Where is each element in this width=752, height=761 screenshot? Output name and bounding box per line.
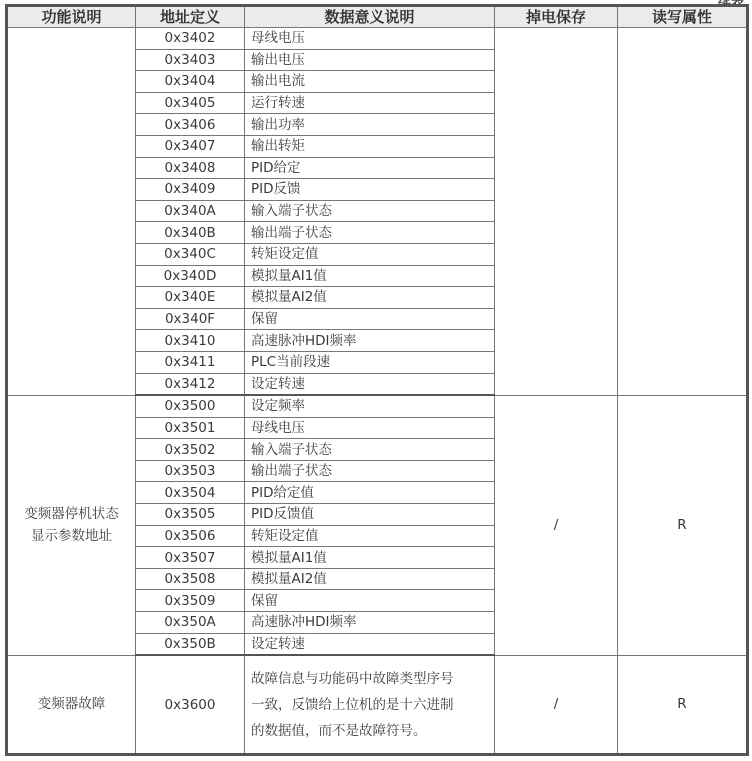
address-cell: 0x340B [136, 222, 245, 244]
address-cell: 0x3408 [136, 157, 245, 179]
address-cell: 0x3407 [136, 135, 245, 157]
meaning-cell: 运行转速 [245, 92, 495, 114]
power-save-cell [495, 28, 618, 396]
address-cell: 0x3600 [136, 655, 245, 755]
meaning-cell: PID反馈 [245, 179, 495, 201]
address-cell: 0x3502 [136, 439, 245, 461]
meaning-line: 一致，反馈给上位机的是十六进制 [251, 692, 488, 718]
address-cell: 0x3409 [136, 179, 245, 201]
header-row: 功能说明 地址定义 数据意义说明 掉电保存 读写属性 [7, 6, 748, 28]
address-cell: 0x3504 [136, 482, 245, 504]
meaning-cell: PID给定值 [245, 482, 495, 504]
table-row: 变频器停机状态显示参数地址0x3500设定频率/R [7, 395, 748, 417]
address-cell: 0x3506 [136, 525, 245, 547]
address-cell: 0x3404 [136, 71, 245, 93]
address-cell: 0x3500 [136, 395, 245, 417]
address-cell: 0x340D [136, 265, 245, 287]
address-cell: 0x340A [136, 200, 245, 222]
address-cell: 0x350B [136, 633, 245, 655]
address-cell: 0x3410 [136, 330, 245, 352]
address-cell: 0x3406 [136, 114, 245, 136]
meaning-cell: PLC当前段速 [245, 351, 495, 373]
meaning-cell: 输出转矩 [245, 135, 495, 157]
address-cell: 0x3411 [136, 351, 245, 373]
function-label-line1: 变频器停机状态 [8, 503, 135, 525]
address-cell: 0x3505 [136, 504, 245, 526]
meaning-cell: 输入端子状态 [245, 439, 495, 461]
address-cell: 0x3405 [136, 92, 245, 114]
function-label-line2: 显示参数地址 [8, 525, 135, 547]
meaning-cell: 保留 [245, 308, 495, 330]
address-cell: 0x3507 [136, 547, 245, 569]
address-cell: 0x3501 [136, 417, 245, 439]
meaning-cell: 模拟量AI2值 [245, 287, 495, 309]
rw-cell [618, 28, 748, 396]
header-meaning: 数据意义说明 [245, 6, 495, 28]
address-cell: 0x3412 [136, 373, 245, 395]
address-cell: 0x340E [136, 287, 245, 309]
power-save-cell: / [495, 655, 618, 755]
meaning-cell: 输出端子状态 [245, 222, 495, 244]
meaning-cell: PID反馈值 [245, 504, 495, 526]
address-cell: 0x3403 [136, 49, 245, 71]
address-cell: 0x3509 [136, 590, 245, 612]
address-cell: 0x350A [136, 612, 245, 634]
meaning-cell: 高速脉冲HDI频率 [245, 612, 495, 634]
function-cell: 变频器故障 [7, 655, 136, 755]
meaning-cell: 高速脉冲HDI频率 [245, 330, 495, 352]
meaning-line: 故障信息与功能码中故障类型序号 [251, 666, 488, 692]
header-rw: 读写属性 [618, 6, 748, 28]
power-save-cell: / [495, 395, 618, 655]
meaning-cell: 输出电流 [245, 71, 495, 93]
table-row-fault: 变频器故障0x3600故障信息与功能码中故障类型序号一致，反馈给上位机的是十六进… [7, 655, 748, 755]
meaning-cell: 故障信息与功能码中故障类型序号一致，反馈给上位机的是十六进制的数据值，而不是故障… [245, 655, 495, 755]
meaning-cell: 母线电压 [245, 28, 495, 50]
meaning-cell: 保留 [245, 590, 495, 612]
address-cell: 0x3503 [136, 460, 245, 482]
meaning-cell: 设定转速 [245, 633, 495, 655]
address-cell: 0x3402 [136, 28, 245, 50]
rw-cell: R [618, 395, 748, 655]
address-cell: 0x340C [136, 243, 245, 265]
header-function: 功能说明 [7, 6, 136, 28]
meaning-line: 的数据值，而不是故障符号。 [251, 718, 488, 744]
meaning-cell: 输出功率 [245, 114, 495, 136]
function-cell [7, 28, 136, 396]
rw-cell: R [618, 655, 748, 755]
meaning-cell: PID给定 [245, 157, 495, 179]
meaning-cell: 转矩设定值 [245, 525, 495, 547]
meaning-cell: 模拟量AI1值 [245, 547, 495, 569]
meaning-cell: 母线电压 [245, 417, 495, 439]
meaning-cell: 输出电压 [245, 49, 495, 71]
address-cell: 0x340F [136, 308, 245, 330]
header-address: 地址定义 [136, 6, 245, 28]
meaning-cell: 设定频率 [245, 395, 495, 417]
table-row: 0x3402母线电压 [7, 28, 748, 50]
address-cell: 0x3508 [136, 568, 245, 590]
meaning-cell: 转矩设定值 [245, 243, 495, 265]
header-power-save: 掉电保存 [495, 6, 618, 28]
meaning-cell: 模拟量AI1值 [245, 265, 495, 287]
meaning-cell: 输入端子状态 [245, 200, 495, 222]
meaning-cell: 输出端子状态 [245, 460, 495, 482]
function-cell: 变频器停机状态显示参数地址 [7, 395, 136, 655]
register-address-table: 功能说明 地址定义 数据意义说明 掉电保存 读写属性 0x3402母线电压0x3… [5, 4, 749, 756]
meaning-cell: 模拟量AI2值 [245, 568, 495, 590]
meaning-cell: 设定转速 [245, 373, 495, 395]
